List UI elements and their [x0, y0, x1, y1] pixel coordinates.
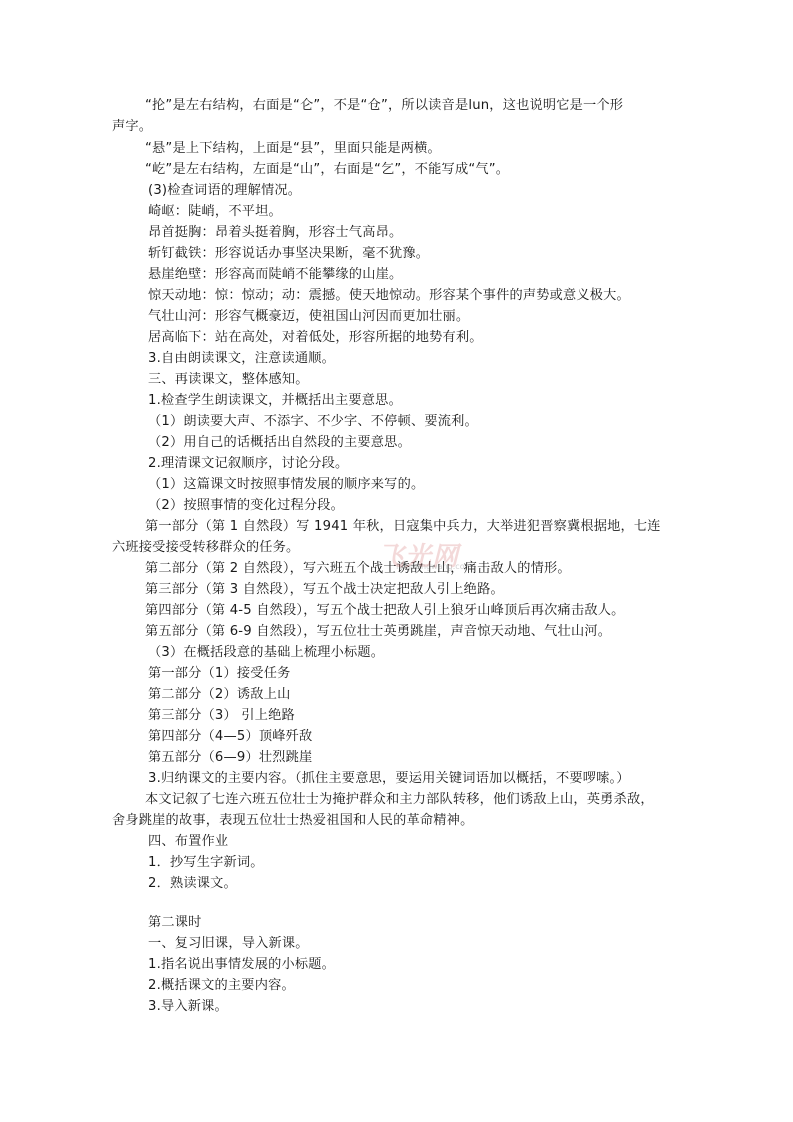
text-line: 第二课时 [148, 913, 202, 933]
text-line: 第一部分（第 1 自然段）写 1941 年秋，日寇集中兵力，大举进犯晋察冀根据地… [145, 517, 661, 537]
text-line: 1.检查学生朗读课文，并概括出主要意思。 [148, 391, 402, 411]
text-line: 第二部分（2）诱敌上山 [148, 685, 290, 705]
text-line: 3.导入新课。 [148, 997, 228, 1017]
text-line: 第一部分（1）接受任务 [148, 664, 290, 684]
text-line: 1.指名说出事情发展的小标题。 [148, 955, 335, 975]
text-line: 第二部分（第 2 自然段），写六班五个战士诱敌上山，痛击敌人的情形。 [145, 559, 571, 579]
text-line: 惊天动地：惊：惊动；动：震撼。使天地惊动。形容某个事件的声势或意义极大。 [148, 286, 630, 306]
document-page: “抡”是左右结构，右面是“仑”，不是“仓”，所以读音是lun，这也说明它是一个形… [0, 0, 793, 1122]
text-line: 三、再读课文，整体感知。 [148, 370, 309, 390]
text-line: （2）按照事情的变化过程分段。 [148, 496, 344, 516]
text-line: 四、布置作业 [148, 832, 228, 852]
text-line: 第五部分（6—9）壮烈跳崖 [148, 748, 312, 768]
text-line: 声字。 [112, 117, 152, 137]
text-line: 第三部分（3） 引上绝路 [148, 706, 295, 726]
text-line: （2）用自己的话概括出自然段的主要意思。 [148, 433, 411, 453]
text-line: 居高临下：站在高处，对着低处，形容所据的地势有利。 [148, 328, 483, 348]
text-line: 昂首挺胸：昂着头挺着胸，形容士气高昂。 [148, 223, 402, 243]
text-line: 1．抄写生字新词。 [148, 853, 264, 873]
text-line: 悬崖绝壁：形容高而陡峭不能攀缘的山崖。 [148, 265, 402, 285]
text-line: 六班接受接受转移群众的任务。 [112, 538, 299, 558]
text-line: 2．熟读课文。 [148, 874, 237, 894]
text-line: （3）在概括段意的基础上梳理小标题。 [148, 643, 384, 663]
text-line: 气壮山河：形容气概豪迈，使祖国山河因而更加壮丽。 [148, 307, 469, 327]
text-line: （1）这篇课文时按照事情发展的顺序来写的。 [148, 475, 424, 495]
text-line: 第四部分（4—5）顶峰歼敌 [148, 727, 312, 747]
text-line: 3.自由朗读课文，注意读通顺。 [148, 349, 335, 369]
text-line: 2.概括课文的主要内容。 [148, 976, 295, 996]
text-line: 本文记叙了七连六班五位壮士为掩护群众和主力部队转移，他们诱敌上山，英勇杀敌， [145, 790, 654, 810]
text-line: “屹”是左右结构，左面是“山”，右面是“乞”，不能写成“气”。 [145, 160, 509, 180]
text-line: 崎岖：陡峭，不平坦。 [148, 202, 282, 222]
text-line: (3)检查词语的理解情况。 [148, 181, 301, 201]
text-line: 第五部分（第 6-9 自然段），写五位壮士英勇跳崖，声音惊天动地、气壮山河。 [145, 622, 611, 642]
text-line: “悬”是上下结构，上面是“县”，里面只能是两横。 [145, 139, 441, 159]
text-line: 第四部分（第 4-5 自然段），写五个战士把敌人引上狼牙山峰顶后再次痛击敌人。 [145, 601, 625, 621]
text-line: （1）朗读要大声、不添字、不少字、不停顿、要流利。 [148, 412, 478, 432]
text-line: 舍身跳崖的故事，表现五位壮士热爱祖国和人民的革命精神。 [112, 811, 473, 831]
text-line: 2.理清课文记叙顺序，讨论分段。 [148, 454, 348, 474]
text-line: 3.归纳课文的主要内容。（抓住主要意思，要运用关键词语加以概括，不要啰嗦。） [148, 769, 630, 789]
text-line: 斩钉截铁：形容说话办事坚决果断，毫不犹豫。 [148, 244, 429, 264]
text-line: 第三部分（第 3 自然段），写五个战士决定把敌人引上绝路。 [145, 580, 504, 600]
text-line: “抡”是左右结构，右面是“仑”，不是“仓”，所以读音是lun，这也说明它是一个形 [145, 96, 623, 116]
text-line: 一、复习旧课，导入新课。 [148, 934, 309, 954]
